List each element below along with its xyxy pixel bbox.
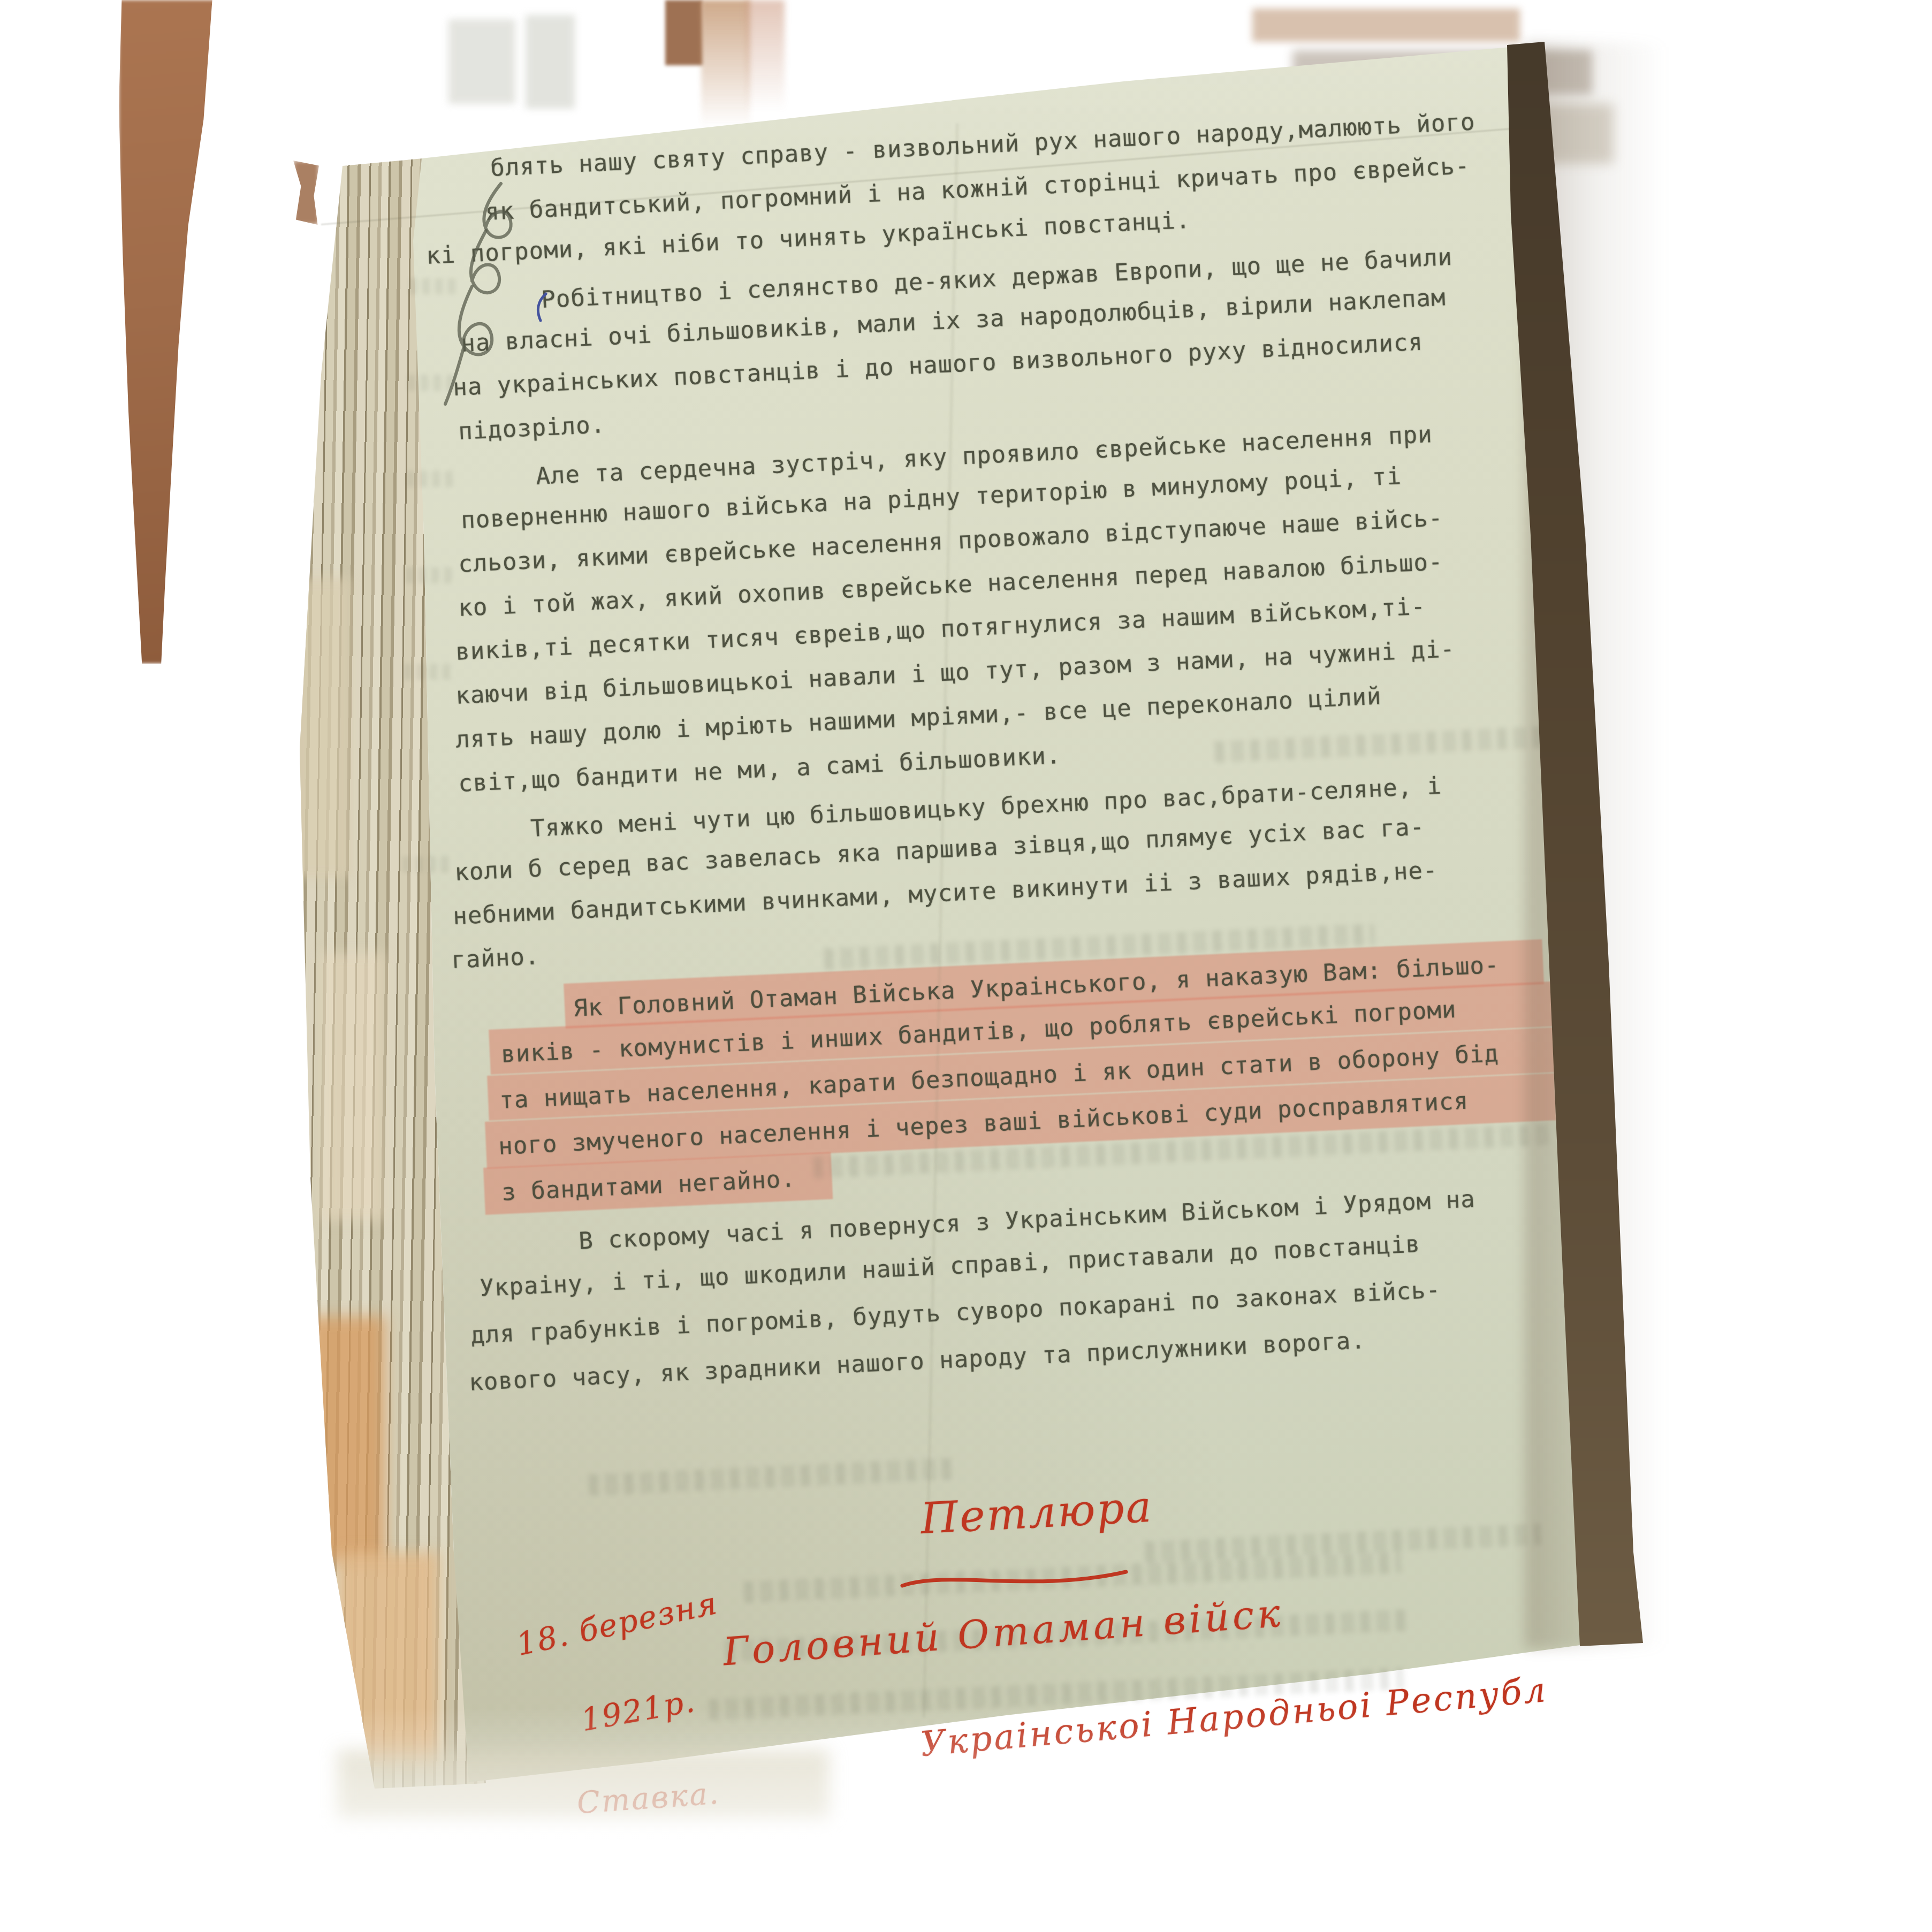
- pencil-scribble: [438, 179, 523, 409]
- bottom-white-fade: [0, 1707, 1932, 1932]
- background-brown-speck: [293, 161, 319, 225]
- signature-flourish: [899, 1565, 1129, 1595]
- paper-stain: [305, 1317, 385, 1563]
- archival-photo-canvas: блять нашу святу справу - визвольний рух…: [0, 0, 1932, 1932]
- background-strip: [665, 0, 703, 65]
- blue-ink-tick: [533, 292, 551, 324]
- background-brown-blob: [119, 0, 215, 664]
- paper-stain: [321, 953, 385, 1220]
- paper-stain: [292, 578, 351, 878]
- background-smear: [1252, 9, 1520, 42]
- background-strip: [701, 0, 750, 127]
- typed-line: гайно.: [451, 940, 541, 977]
- bleedthrough-ghost: [402, 856, 453, 872]
- background-strip: [448, 19, 515, 104]
- bleedthrough-ghost: [407, 471, 458, 487]
- background-strip: [526, 15, 575, 109]
- bleedthrough-ghost: [404, 664, 455, 680]
- background-strip: [746, 0, 785, 111]
- bleedthrough-ghost: [406, 567, 457, 583]
